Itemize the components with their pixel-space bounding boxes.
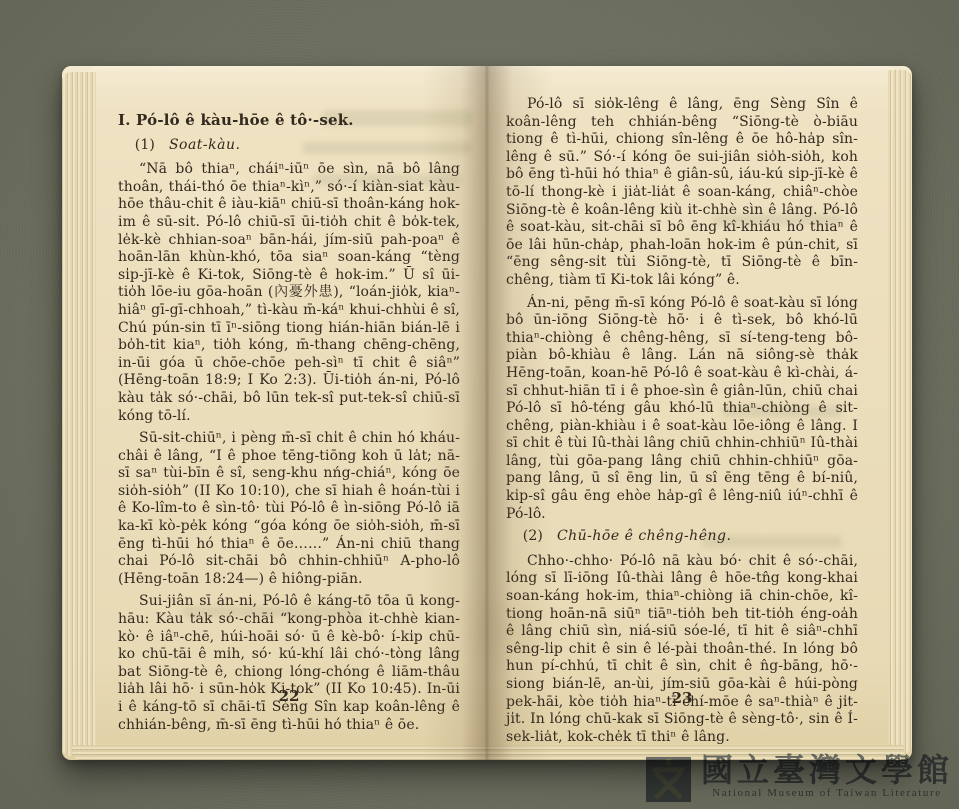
photo-scene: I. Pó-lô ê kàu-hōe ê tô·-sek. (1)Soat-kà… bbox=[0, 0, 959, 809]
book-gutter-shadow bbox=[422, 66, 552, 760]
subsection-heading: (1)Soat-kàu. bbox=[118, 137, 460, 155]
section-heading: I. Pó-lô ê kàu-hōe ê tô·-sek. bbox=[118, 112, 460, 130]
subsection-title: Chū-hōe ê chêng-hêng. bbox=[557, 528, 731, 544]
subsection-heading: (2)Chū-hōe ê chêng-hêng. bbox=[506, 528, 858, 546]
subsection-number: (1) bbox=[135, 137, 155, 153]
left-page-text: I. Pó-lô ê kàu-hōe ê tô·-sek. (1)Soat-kà… bbox=[118, 112, 460, 739]
museum-watermark-text: 國立臺灣文學館 National Museum of Taiwan Litera… bbox=[701, 753, 953, 800]
open-book: I. Pó-lô ê kàu-hōe ê tô·-sek. (1)Soat-kà… bbox=[62, 66, 912, 760]
paragraph: Chho·-chho· Pó-lô nā kàu bó· chi̍t ê só·… bbox=[506, 553, 858, 747]
paragraph: Án-ni, pēng m̄-sī kóng Pó-lô ê soat-kàu … bbox=[506, 295, 858, 524]
page-number-right: 23 bbox=[506, 689, 858, 707]
museum-name-en: National Museum of Taiwan Literature bbox=[712, 787, 942, 800]
paragraph: Sū-si̍t-chiūⁿ, i pèng m̄-sī chi̍t ê chin… bbox=[118, 430, 460, 588]
paragraph: “Nā bô thiaⁿ, cháiⁿ-iūⁿ ōe sìn, nā bô lâ… bbox=[118, 161, 460, 425]
paragraph: Sui-jiân sī án-ni, Pó-lô ê káng-tō tōa ū… bbox=[118, 593, 460, 734]
page-number-left: 22 bbox=[118, 687, 460, 705]
paragraph: Pó-lô sī sio̍k-lêng ê lâng, ēng Sèng Sîn… bbox=[506, 96, 858, 290]
museum-name-zh: 國立臺灣文學館 bbox=[701, 753, 953, 787]
museum-watermark: 國立臺灣文學館 National Museum of Taiwan Litera… bbox=[645, 753, 953, 803]
subsection-title: Soat-kàu. bbox=[169, 137, 241, 153]
right-page-text: Pó-lô sī sio̍k-lêng ê lâng, ēng Sèng Sîn… bbox=[506, 96, 858, 751]
nmtl-logo-icon bbox=[645, 756, 692, 803]
